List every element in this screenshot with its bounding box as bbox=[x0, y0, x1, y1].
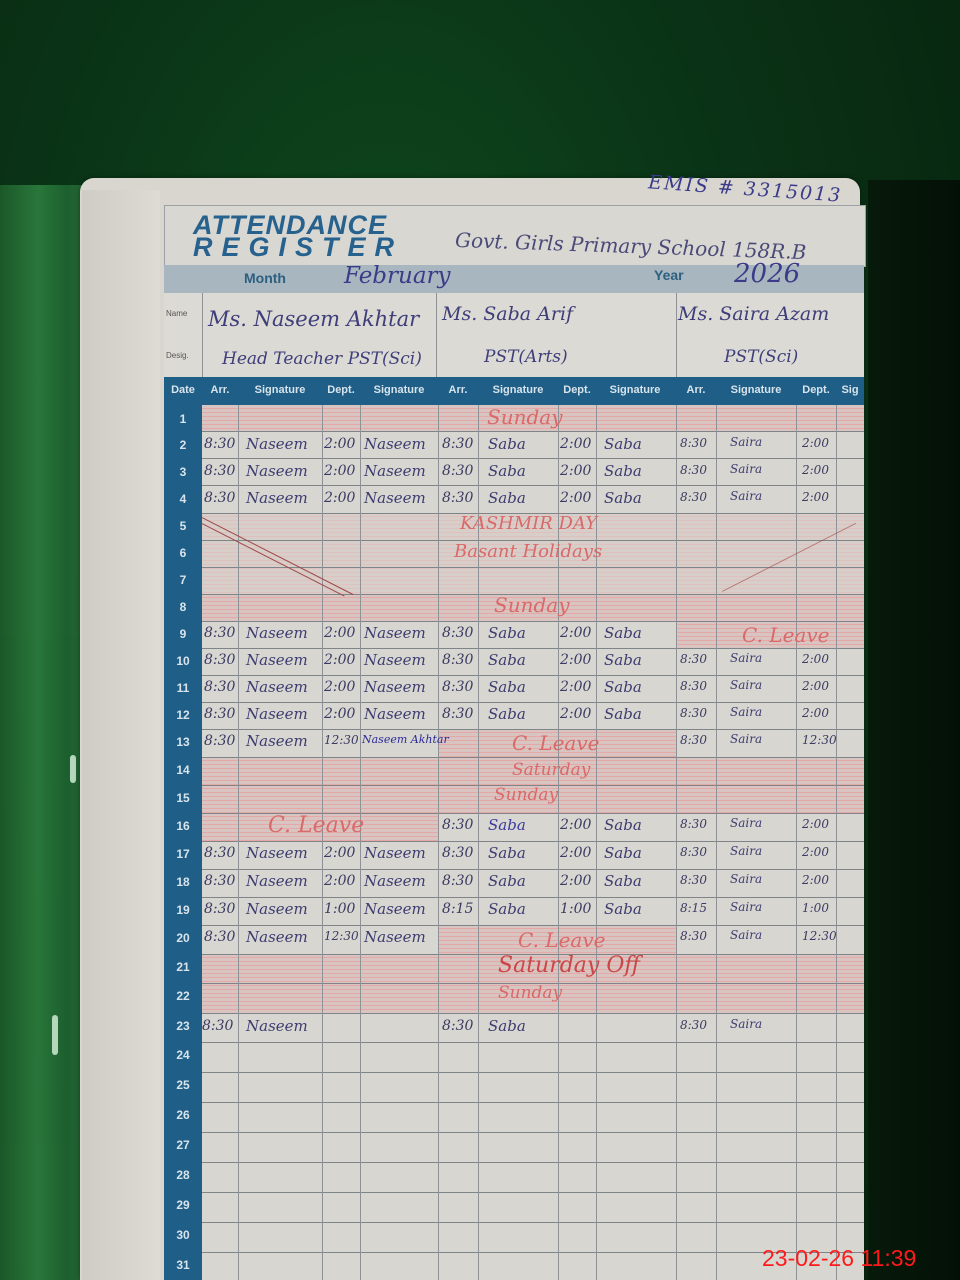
signature: Naseem bbox=[246, 435, 308, 453]
date-29: 29 bbox=[164, 1198, 202, 1212]
row-line bbox=[202, 1222, 864, 1223]
row-line bbox=[202, 729, 864, 730]
arr-time: 8:30 bbox=[204, 679, 235, 695]
title-block: ATTENDANCE REGISTER Govt. Girls Primary … bbox=[164, 205, 866, 267]
divider bbox=[436, 337, 437, 377]
signature: Saba bbox=[488, 872, 526, 890]
signature: Naseem bbox=[246, 844, 308, 862]
date-12: 12 bbox=[164, 708, 202, 722]
note-kashmir-day: Kashmir Day bbox=[460, 513, 597, 534]
date-9: 9 bbox=[164, 627, 202, 641]
note-day21-saturday-off: Saturday Off bbox=[498, 953, 640, 978]
row-line bbox=[202, 485, 864, 486]
dept-time: 2:00 bbox=[802, 652, 829, 666]
dept-time: 2:00 bbox=[802, 490, 829, 504]
dept-time: 1:00 bbox=[324, 901, 355, 917]
divider bbox=[202, 337, 203, 377]
signature: Naseem bbox=[246, 928, 308, 946]
date-2: 2 bbox=[164, 438, 202, 452]
arr-time: 8:30 bbox=[204, 463, 235, 479]
signature: Saba bbox=[604, 705, 642, 723]
row-line bbox=[202, 675, 864, 676]
dept-time: 2:00 bbox=[324, 873, 355, 889]
signature: Saba bbox=[604, 489, 642, 507]
dept-time: 2:00 bbox=[324, 679, 355, 695]
dept-time: 2:00 bbox=[324, 625, 355, 641]
row-line bbox=[202, 1042, 864, 1043]
date-25: 25 bbox=[164, 1078, 202, 1092]
arr-time: 8:30 bbox=[202, 1018, 233, 1034]
signature: Naseem bbox=[246, 1017, 308, 1035]
dept-time: 12:30 bbox=[324, 733, 359, 747]
signature: Saira bbox=[730, 1017, 762, 1031]
row-line bbox=[202, 458, 864, 459]
col-arr-2: Arr. bbox=[438, 384, 478, 396]
dept-time: 2:00 bbox=[802, 436, 829, 450]
dept-time: 2:00 bbox=[560, 817, 591, 833]
arr-time: 8:30 bbox=[680, 929, 707, 943]
arr-time: 8:30 bbox=[204, 901, 235, 917]
date-column: 1 2 3 4 5 6 7 8 9 10 11 12 13 14 15 16 1… bbox=[164, 405, 202, 1280]
designation-row: Desig. Head Teacher PST(Sci) PST(Arts) P… bbox=[164, 337, 864, 378]
signature: Saba bbox=[488, 651, 526, 669]
dept-time: 2:00 bbox=[560, 625, 591, 641]
divider bbox=[436, 293, 437, 337]
date-3: 3 bbox=[164, 465, 202, 479]
date-15: 15 bbox=[164, 791, 202, 805]
note-day9-leave: C. Leave bbox=[742, 623, 829, 647]
arr-time: 8:30 bbox=[680, 873, 707, 887]
dept-time: 2:00 bbox=[560, 706, 591, 722]
row-line bbox=[202, 648, 864, 649]
column-header-row: Date Arr. Signature Dept. Signature Arr.… bbox=[164, 377, 864, 405]
col-sig-3: Signature bbox=[716, 384, 796, 396]
signature: Naseem bbox=[364, 928, 426, 946]
staff-name-3: Ms. Saira Azam bbox=[678, 303, 829, 325]
dept-time: 2:00 bbox=[802, 845, 829, 859]
signature: Saira bbox=[730, 651, 762, 665]
title-line2: REGISTER bbox=[193, 232, 403, 263]
date-28: 28 bbox=[164, 1168, 202, 1182]
arr-time: 8:30 bbox=[680, 436, 707, 450]
dept-time: 2:00 bbox=[802, 679, 829, 693]
note-day14-saturday: Saturday bbox=[512, 760, 590, 780]
col-line bbox=[438, 405, 439, 1280]
date-30: 30 bbox=[164, 1228, 202, 1242]
arr-time: 8:30 bbox=[204, 652, 235, 668]
staff-desig-1: Head Teacher PST(Sci) bbox=[222, 349, 422, 369]
signature: Naseem bbox=[364, 678, 426, 696]
arr-time: 8:30 bbox=[204, 706, 235, 722]
arr-time: 8:30 bbox=[442, 463, 473, 479]
month-year-bar: Month February Year 2026 bbox=[164, 265, 864, 293]
signature: Saira bbox=[730, 928, 762, 942]
date-6: 6 bbox=[164, 546, 202, 560]
dept-time: 2:00 bbox=[324, 436, 355, 452]
date-13: 13 bbox=[164, 735, 202, 749]
dept-time: 2:00 bbox=[560, 436, 591, 452]
arr-time: 8:30 bbox=[442, 1018, 473, 1034]
col-date: Date bbox=[164, 384, 202, 396]
col-line bbox=[558, 405, 559, 1280]
date-23: 23 bbox=[164, 1019, 202, 1033]
row-line bbox=[202, 621, 864, 622]
name-row: Name Ms. Naseem Akhtar Ms. Saba Arif Ms.… bbox=[164, 293, 864, 338]
dept-time: 2:00 bbox=[324, 490, 355, 506]
row-line bbox=[202, 925, 864, 926]
col-line bbox=[478, 405, 479, 1280]
dept-time: 2:00 bbox=[560, 490, 591, 506]
dept-time: 2:00 bbox=[324, 463, 355, 479]
signature: Naseem bbox=[246, 651, 308, 669]
signature: Saira bbox=[730, 816, 762, 830]
dept-time: 2:00 bbox=[560, 679, 591, 695]
divider bbox=[676, 337, 677, 377]
dept-time: 2:00 bbox=[802, 463, 829, 477]
col-dept-2: Dept. bbox=[558, 384, 596, 396]
signature: Saba bbox=[604, 678, 642, 696]
signature: Saira bbox=[730, 489, 762, 503]
dept-time: 12:30 bbox=[802, 733, 837, 747]
col-sig-1: Signature bbox=[238, 384, 322, 396]
signature: Saira bbox=[730, 678, 762, 692]
right-shadow bbox=[868, 180, 960, 1280]
row-line bbox=[202, 1072, 864, 1073]
staff-desig-2: PST(Arts) bbox=[484, 347, 568, 367]
year-value: 2026 bbox=[734, 259, 800, 289]
date-20: 20 bbox=[164, 931, 202, 945]
page-margin bbox=[82, 190, 160, 1280]
signature: Saba bbox=[488, 489, 526, 507]
signature: Naseem bbox=[246, 462, 308, 480]
date-31: 31 bbox=[164, 1258, 202, 1272]
date-17: 17 bbox=[164, 847, 202, 861]
name-label: Name bbox=[166, 309, 187, 318]
arr-time: 8:30 bbox=[204, 733, 235, 749]
attendance-sheet: ATTENDANCE REGISTER Govt. Girls Primary … bbox=[164, 205, 864, 1280]
signature: Saira bbox=[730, 705, 762, 719]
note-day16-leave: C. Leave bbox=[268, 813, 364, 838]
note-day15-sunday: Sunday bbox=[494, 785, 558, 805]
row-line bbox=[202, 897, 864, 898]
dept-time: 2:00 bbox=[560, 873, 591, 889]
arr-time: 8:30 bbox=[204, 490, 235, 506]
signature: Naseem bbox=[364, 462, 426, 480]
desig-label: Desig. bbox=[166, 351, 189, 360]
date-21: 21 bbox=[164, 960, 202, 974]
arr-time: 8:30 bbox=[204, 929, 235, 945]
signature: Naseem bbox=[246, 872, 308, 890]
row-line bbox=[202, 1132, 864, 1133]
dept-time: 2:00 bbox=[802, 706, 829, 720]
date-10: 10 bbox=[164, 654, 202, 668]
note-day1-sunday: Sunday bbox=[487, 405, 563, 429]
row-line bbox=[202, 1192, 864, 1193]
signature: Saba bbox=[604, 651, 642, 669]
arr-time: 8:30 bbox=[442, 845, 473, 861]
signature: Saba bbox=[488, 900, 526, 918]
glare bbox=[70, 755, 76, 783]
arr-time: 8:30 bbox=[442, 652, 473, 668]
arr-time: 8:15 bbox=[680, 901, 707, 915]
divider bbox=[676, 293, 677, 337]
signature: Naseem bbox=[364, 651, 426, 669]
date-24: 24 bbox=[164, 1048, 202, 1062]
signature: Naseem bbox=[246, 705, 308, 723]
date-8: 8 bbox=[164, 600, 202, 614]
col-dept-3: Dept. bbox=[796, 384, 836, 396]
attendance-grid: Sunday Kashmir Day Basant Holidays Sunda… bbox=[202, 405, 864, 1280]
signature: Saira bbox=[730, 435, 762, 449]
photo-timestamp: 23-02-26 11:39 bbox=[762, 1245, 916, 1272]
signature: Saba bbox=[604, 435, 642, 453]
year-label: Year bbox=[654, 267, 684, 283]
arr-time: 8:30 bbox=[680, 817, 707, 831]
signature: Naseem bbox=[364, 872, 426, 890]
signature: Saba bbox=[604, 900, 642, 918]
row-line bbox=[202, 431, 864, 432]
signature: Naseem bbox=[364, 900, 426, 918]
signature: Saira bbox=[730, 900, 762, 914]
signature: Saba bbox=[488, 462, 526, 480]
signature: Saira bbox=[730, 732, 762, 746]
date-7: 7 bbox=[164, 573, 202, 587]
col-sig-2b: Signature bbox=[596, 384, 674, 396]
date-22: 22 bbox=[164, 989, 202, 1003]
note-day13-leave: C. Leave bbox=[512, 731, 599, 755]
signature: Naseem bbox=[364, 705, 426, 723]
arr-time: 8:15 bbox=[442, 901, 473, 917]
date-16: 16 bbox=[164, 819, 202, 833]
signature: Saba bbox=[604, 624, 642, 642]
arr-time: 8:30 bbox=[204, 436, 235, 452]
month-label: Month bbox=[244, 270, 286, 286]
signature: Naseem Akhtar bbox=[362, 733, 449, 746]
dept-time: 2:00 bbox=[324, 652, 355, 668]
signature: Saba bbox=[604, 816, 642, 834]
note-day22-sunday: Sunday bbox=[498, 983, 562, 1003]
arr-time: 8:30 bbox=[442, 436, 473, 452]
arr-time: 8:30 bbox=[204, 625, 235, 641]
col-line bbox=[322, 405, 323, 1280]
row-line bbox=[202, 841, 864, 842]
arr-time: 8:30 bbox=[680, 845, 707, 859]
signature: Saba bbox=[488, 816, 526, 834]
staff-name-2: Ms. Saba Arif bbox=[442, 303, 573, 325]
signature: Naseem bbox=[364, 624, 426, 642]
arr-time: 8:30 bbox=[204, 845, 235, 861]
date-4: 4 bbox=[164, 492, 202, 506]
dept-time: 1:00 bbox=[802, 901, 829, 915]
signature: Saba bbox=[488, 678, 526, 696]
dept-time: 2:00 bbox=[802, 873, 829, 887]
signature: Saira bbox=[730, 844, 762, 858]
col-line bbox=[676, 405, 677, 1280]
signature: Naseem bbox=[246, 900, 308, 918]
arr-time: 8:30 bbox=[204, 873, 235, 889]
date-11: 11 bbox=[164, 681, 202, 695]
arr-time: 8:30 bbox=[442, 490, 473, 506]
col-line bbox=[596, 405, 597, 1280]
row-line bbox=[202, 757, 864, 758]
signature: Naseem bbox=[364, 435, 426, 453]
dept-time: 2:00 bbox=[324, 845, 355, 861]
note-day20-leave: C. Leave bbox=[518, 928, 605, 952]
note-day8-sunday: Sunday bbox=[494, 593, 570, 617]
signature: Saira bbox=[730, 462, 762, 476]
arr-time: 8:30 bbox=[442, 873, 473, 889]
arr-time: 8:30 bbox=[680, 1018, 707, 1032]
signature: Naseem bbox=[246, 489, 308, 507]
signature: Saba bbox=[604, 462, 642, 480]
col-line bbox=[360, 405, 361, 1280]
row-line bbox=[202, 1162, 864, 1163]
staff-desig-3: PST(Sci) bbox=[724, 347, 798, 367]
date-18: 18 bbox=[164, 875, 202, 889]
arr-time: 8:30 bbox=[680, 652, 707, 666]
arr-time: 8:30 bbox=[442, 679, 473, 695]
dept-time: 1:00 bbox=[560, 901, 591, 917]
arr-time: 8:30 bbox=[442, 817, 473, 833]
arr-time: 8:30 bbox=[680, 679, 707, 693]
arr-time: 8:30 bbox=[680, 733, 707, 747]
dept-time: 12:30 bbox=[324, 929, 359, 943]
signature: Naseem bbox=[246, 678, 308, 696]
month-value: February bbox=[344, 263, 451, 289]
row-line bbox=[202, 1013, 864, 1014]
signature: Saba bbox=[488, 1017, 526, 1035]
col-line bbox=[836, 405, 837, 1280]
dept-time: 2:00 bbox=[802, 817, 829, 831]
signature: Saba bbox=[488, 705, 526, 723]
date-5: 5 bbox=[164, 519, 202, 533]
row-line bbox=[202, 702, 864, 703]
arr-time: 8:30 bbox=[442, 625, 473, 641]
signature: Saba bbox=[488, 435, 526, 453]
signature: Saba bbox=[488, 844, 526, 862]
glare bbox=[52, 1015, 58, 1055]
dept-time: 2:00 bbox=[560, 652, 591, 668]
col-line bbox=[796, 405, 797, 1280]
dept-time: 2:00 bbox=[560, 845, 591, 861]
signature: Saba bbox=[604, 844, 642, 862]
signature: Saira bbox=[730, 872, 762, 886]
dept-time: 2:00 bbox=[324, 706, 355, 722]
dept-time: 12:30 bbox=[802, 929, 837, 943]
arr-time: 8:30 bbox=[680, 490, 707, 504]
signature: Saba bbox=[488, 624, 526, 642]
col-sig-2: Signature bbox=[478, 384, 558, 396]
arr-time: 8:30 bbox=[680, 463, 707, 477]
col-sig-3b: Sig bbox=[836, 384, 864, 396]
col-dept-1: Dept. bbox=[322, 384, 360, 396]
staff-name-1: Ms. Naseem Akhtar bbox=[208, 307, 419, 331]
col-arr-1: Arr. bbox=[202, 384, 238, 396]
row-line bbox=[202, 869, 864, 870]
note-basant-holidays: Basant Holidays bbox=[454, 541, 602, 562]
divider bbox=[202, 293, 203, 337]
arr-time: 8:30 bbox=[680, 706, 707, 720]
date-19: 19 bbox=[164, 903, 202, 917]
signature: Naseem bbox=[364, 844, 426, 862]
col-line bbox=[716, 405, 717, 1280]
dept-time: 2:00 bbox=[560, 463, 591, 479]
signature: Naseem bbox=[246, 732, 308, 750]
date-26: 26 bbox=[164, 1108, 202, 1122]
row-line bbox=[202, 1102, 864, 1103]
signature: Naseem bbox=[364, 489, 426, 507]
signature: Saba bbox=[604, 872, 642, 890]
signature: Naseem bbox=[246, 624, 308, 642]
date-1: 1 bbox=[164, 412, 202, 426]
col-arr-3: Arr. bbox=[676, 384, 716, 396]
col-sig-1b: Signature bbox=[360, 384, 438, 396]
date-27: 27 bbox=[164, 1138, 202, 1152]
date-14: 14 bbox=[164, 763, 202, 777]
arr-time: 8:30 bbox=[442, 706, 473, 722]
